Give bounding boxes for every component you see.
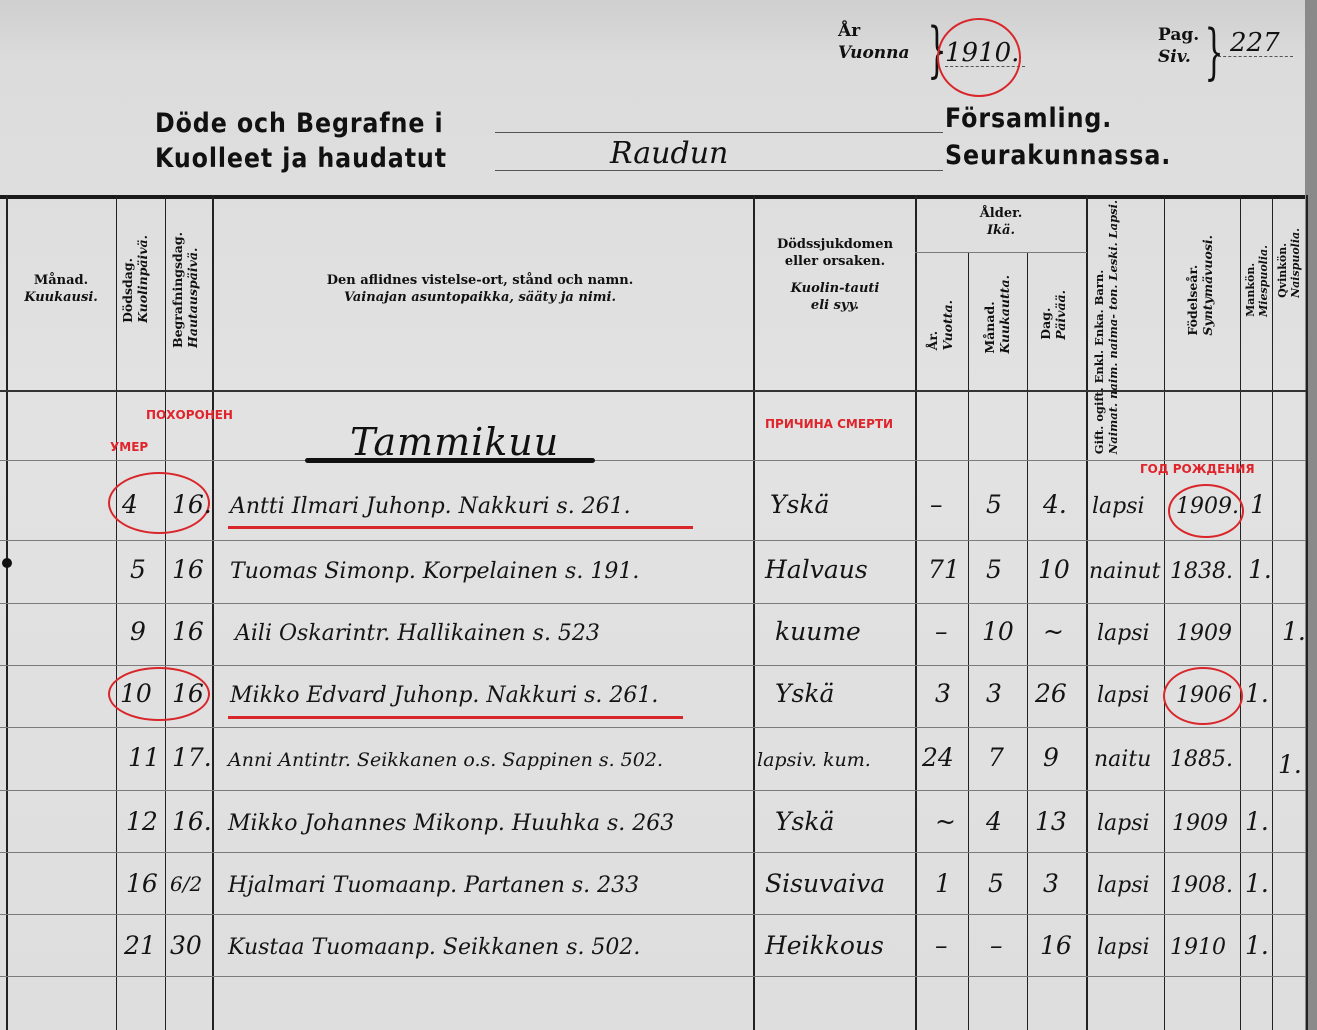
age-months: 7 (988, 743, 1004, 773)
margin-mark (2, 558, 12, 568)
cause: Halvaus (765, 555, 868, 585)
male-count: 1. (1245, 869, 1269, 899)
male-count: 1. (1245, 807, 1269, 837)
burial-day: 17. (172, 743, 212, 773)
col-header-month-fi: Kuukausi. (8, 289, 114, 306)
title-fi: Kuolleet ja haudatut (155, 141, 447, 176)
death-day: 4 (122, 490, 138, 520)
birth-year: 1885. (1170, 745, 1233, 775)
col-header-age: Ålder. Ikä. (917, 205, 1085, 239)
col-header-male: Mankön. Miespuolia. (1244, 245, 1270, 317)
page-number: 227 (1230, 28, 1280, 58)
age-years: 3 (935, 679, 951, 709)
col-rule (753, 195, 755, 1030)
col-header-month-sv: Månad. (34, 273, 88, 288)
age-years: 24 (922, 743, 954, 773)
col-header-burial-day: Begrafningsdag. Hautauspäivä. (170, 232, 200, 348)
age-days: 13 (1035, 807, 1067, 837)
burial-day: 16 (172, 617, 204, 647)
male-count: 1 (1250, 490, 1266, 520)
col-header-cause-fi2: eli syy. (756, 297, 914, 314)
month-heading-underline (305, 458, 595, 463)
col-rule (6, 195, 8, 1030)
age-days: ~ (1043, 617, 1064, 647)
birth-year: 1906 (1176, 681, 1232, 711)
row-rule (0, 852, 1306, 853)
age-days: 10 (1038, 555, 1070, 585)
col-header-age-months-fi: Kuukautta. (997, 275, 1012, 354)
col-rule (1164, 195, 1165, 1030)
age-subheader-rule (915, 252, 1087, 253)
col-header-female-fi: Naispuolia. (1289, 228, 1302, 298)
col-header-cause: Dödssjukdomen eller orsaken. Kuolin-taut… (756, 236, 914, 314)
col-rule (165, 195, 166, 1030)
col-header-status: Gift. ogift. Enkl. Enka. Barn. Naimat. n… (1092, 200, 1120, 454)
birth-year: 1909 (1176, 619, 1232, 649)
birth-year: 1909. (1176, 492, 1239, 522)
death-day: 21 (124, 931, 156, 961)
death-day: 9 (130, 617, 146, 647)
parish-label: Församling. Seurakunnassa. (945, 100, 1171, 174)
burial-day: 16 (172, 679, 204, 709)
annotation-birth-year: ГОД РОЖДЕНИЯ (1140, 462, 1255, 476)
male-count: 1. (1245, 679, 1269, 709)
cause: Yskä (775, 679, 834, 709)
col-header-male-fi: Miespuolia. (1257, 245, 1270, 317)
title-sv: Döde och Begrafne i (155, 106, 447, 141)
col-rule (915, 195, 917, 1030)
year-highlight-circle (937, 18, 1021, 97)
row-rule (0, 603, 1306, 604)
col-header-age-years-fi: Vuotta. (940, 300, 955, 350)
burial-day: 30 (170, 931, 202, 961)
age-months: 4 (986, 807, 1002, 837)
col-header-age-sv: Ålder. (980, 206, 1023, 221)
age-years: ~ (935, 807, 956, 837)
status: lapsi (1097, 681, 1150, 711)
col-header-birth-year-fi: Syntymävuosi. (1200, 235, 1215, 336)
row-rule (0, 976, 1306, 977)
deceased-name: Antti Ilmari Juhonp. Nakkuri s. 261. (230, 492, 631, 522)
col-header-age-days-fi: Päivää. (1053, 290, 1068, 340)
age-days: 4. (1043, 490, 1067, 520)
col-header-age-fi: Ikä. (917, 222, 1085, 239)
birth-year: 1910 (1170, 933, 1226, 963)
cause: kuume (775, 617, 861, 647)
brace-icon: } (1205, 22, 1224, 82)
deceased-name: Tuomas Simonp. Korpelainen s. 191. (230, 557, 639, 587)
annotation-buried: ПОХОРОНЕН (146, 408, 233, 422)
age-days: 16 (1040, 931, 1072, 961)
parish-label-sv: Församling. (945, 100, 1171, 137)
age-months: 5 (986, 490, 1002, 520)
col-header-birth-year-sv: Födelseår. (1185, 265, 1200, 336)
page-label: Pag. Siv. (1158, 24, 1199, 68)
table-top-rule (0, 195, 1305, 199)
female-count: 1. (1278, 750, 1302, 780)
age-months: 3 (986, 679, 1002, 709)
highlight-underline-row4 (228, 716, 683, 719)
male-count: 1. (1245, 931, 1269, 961)
col-header-birth-year: Födelseår. Syntymävuosi. (1185, 235, 1215, 336)
page-label-sv: Pag. (1158, 24, 1199, 46)
status: lapsi (1092, 492, 1145, 522)
annotation-cause: ПРИЧИНА СМЕРТИ (765, 417, 893, 431)
cause: Yskä (775, 807, 834, 837)
cause: Sisuvaiva (765, 869, 885, 899)
age-years: – (935, 617, 948, 647)
col-header-age-years: År. Vuotta. (925, 300, 955, 350)
parish-name: Raudun (610, 136, 728, 171)
col-header-status-fi: Naimat. naim. naima- ton. Leski. Lapsi. (1106, 200, 1120, 454)
col-header-death-day-sv: Dödsdag. (120, 258, 135, 323)
page-underline (1218, 56, 1293, 57)
col-header-cause-sv1: Dödssjukdomen (756, 236, 914, 253)
death-day: 16 (126, 869, 158, 899)
col-rule (1086, 195, 1088, 1030)
cause: Heikkous (765, 931, 884, 961)
death-day: 10 (120, 679, 152, 709)
col-header-residence-name-sv: Den aflidnes vistelse-ort, stånd och nam… (327, 273, 634, 288)
age-months: 5 (986, 555, 1002, 585)
cause: Yskä (770, 490, 829, 520)
highlight-underline-row1 (228, 526, 693, 529)
status: lapsi (1097, 933, 1150, 963)
col-header-female: Qvinkön. Naispuolia. (1276, 228, 1302, 298)
age-years: – (930, 490, 943, 520)
row-rule (0, 460, 1306, 461)
page-label-fi: Siv. (1158, 46, 1199, 68)
register-page: År Vuonna } 1910. Pag. Siv. } 227 Döde o… (0, 0, 1317, 1030)
age-days: 26 (1035, 679, 1067, 709)
age-years: 1 (935, 869, 951, 899)
row-rule (0, 790, 1306, 791)
age-months: 10 (982, 617, 1014, 647)
burial-day: 16. (172, 490, 212, 520)
col-rule (1272, 195, 1273, 1030)
row-rule (0, 727, 1306, 728)
death-day: 5 (130, 555, 146, 585)
col-header-burial-day-fi: Hautauspäivä. (185, 248, 200, 348)
col-header-status-sv: Gift. ogift. Enkl. Enka. Barn. (1092, 270, 1106, 454)
cause: lapsiv. kum. (757, 745, 871, 775)
death-day: 11 (128, 743, 160, 773)
col-header-residence-name: Den aflidnes vistelse-ort, stånd och nam… (230, 272, 730, 306)
col-header-female-sv: Qvinkön. (1276, 243, 1289, 298)
deceased-name: Kustaa Tuomaanp. Seikkanen s. 502. (228, 933, 640, 963)
age-years: – (935, 931, 948, 961)
row-rule (0, 665, 1306, 666)
age-years: 71 (928, 555, 960, 585)
status: lapsi (1097, 619, 1150, 649)
col-header-age-months-sv: Månad. (982, 301, 997, 353)
burial-day: 16 (172, 555, 204, 585)
female-count: 1. (1282, 617, 1306, 647)
year-label-sv: År (838, 20, 910, 42)
status: naitu (1094, 745, 1151, 775)
col-header-male-sv: Mankön. (1244, 263, 1257, 317)
age-months: 5 (988, 869, 1004, 899)
row-rule (0, 540, 1306, 541)
col-header-residence-name-fi: Vainajan asuntopaikka, sääty ja nimi. (230, 289, 730, 306)
year-label: År Vuonna (838, 20, 910, 64)
annotation-died: УМЕР (110, 440, 148, 454)
col-header-death-day-fi: Kuolinpäivä. (135, 235, 150, 323)
col-rule (1306, 195, 1308, 1030)
deceased-name: Anni Antintr. Seikkanen o.s. Sappinen s.… (228, 745, 663, 775)
death-day: 12 (126, 807, 158, 837)
col-rule (212, 195, 214, 1030)
col-header-death-day: Dödsdag. Kuolinpäivä. (120, 235, 150, 323)
col-header-cause-sv2: eller orsaken. (756, 253, 914, 270)
male-count: 1. (1248, 555, 1272, 585)
col-header-age-months: Månad. Kuukautta. (982, 275, 1012, 354)
year-label-fi: Vuonna (838, 42, 910, 64)
age-days: 9 (1043, 743, 1059, 773)
birth-year: 1908. (1170, 871, 1233, 901)
burial-day: 16. (172, 807, 212, 837)
deceased-name: Mikko Johannes Mikonp. Huuhka s. 263 (228, 809, 674, 839)
col-rule (1240, 195, 1241, 1030)
birth-year: 1909 (1172, 809, 1228, 839)
parish-line-1 (495, 132, 943, 133)
birth-year: 1838. (1170, 557, 1233, 587)
deceased-name: Hjalmari Tuomaanp. Partanen s. 233 (228, 871, 639, 901)
col-rule (116, 195, 117, 1030)
register-title: Döde och Begrafne i Kuolleet ja haudatut (155, 106, 447, 176)
col-header-age-days: Dag. Päivää. (1038, 290, 1068, 340)
row-rule (0, 914, 1306, 915)
parish-label-fi: Seurakunnassa. (945, 137, 1171, 174)
age-months: – (990, 931, 1003, 961)
col-header-cause-fi1: Kuolin-tauti (756, 280, 914, 297)
burial-day: 6/2 (170, 869, 202, 899)
deceased-name: Aili Oskarintr. Hallikainen s. 523 (235, 619, 600, 649)
col-header-burial-day-sv: Begrafningsdag. (170, 232, 185, 348)
status: nainut (1089, 557, 1161, 587)
age-days: 3 (1043, 869, 1059, 899)
col-header-month: Månad. Kuukausi. (8, 272, 114, 306)
deceased-name: Mikko Edvard Juhonp. Nakkuri s. 261. (230, 681, 658, 711)
col-header-age-years-sv: År. (925, 331, 940, 351)
col-header-age-days-sv: Dag. (1038, 308, 1053, 340)
status: lapsi (1097, 809, 1150, 839)
status: lapsi (1097, 871, 1150, 901)
